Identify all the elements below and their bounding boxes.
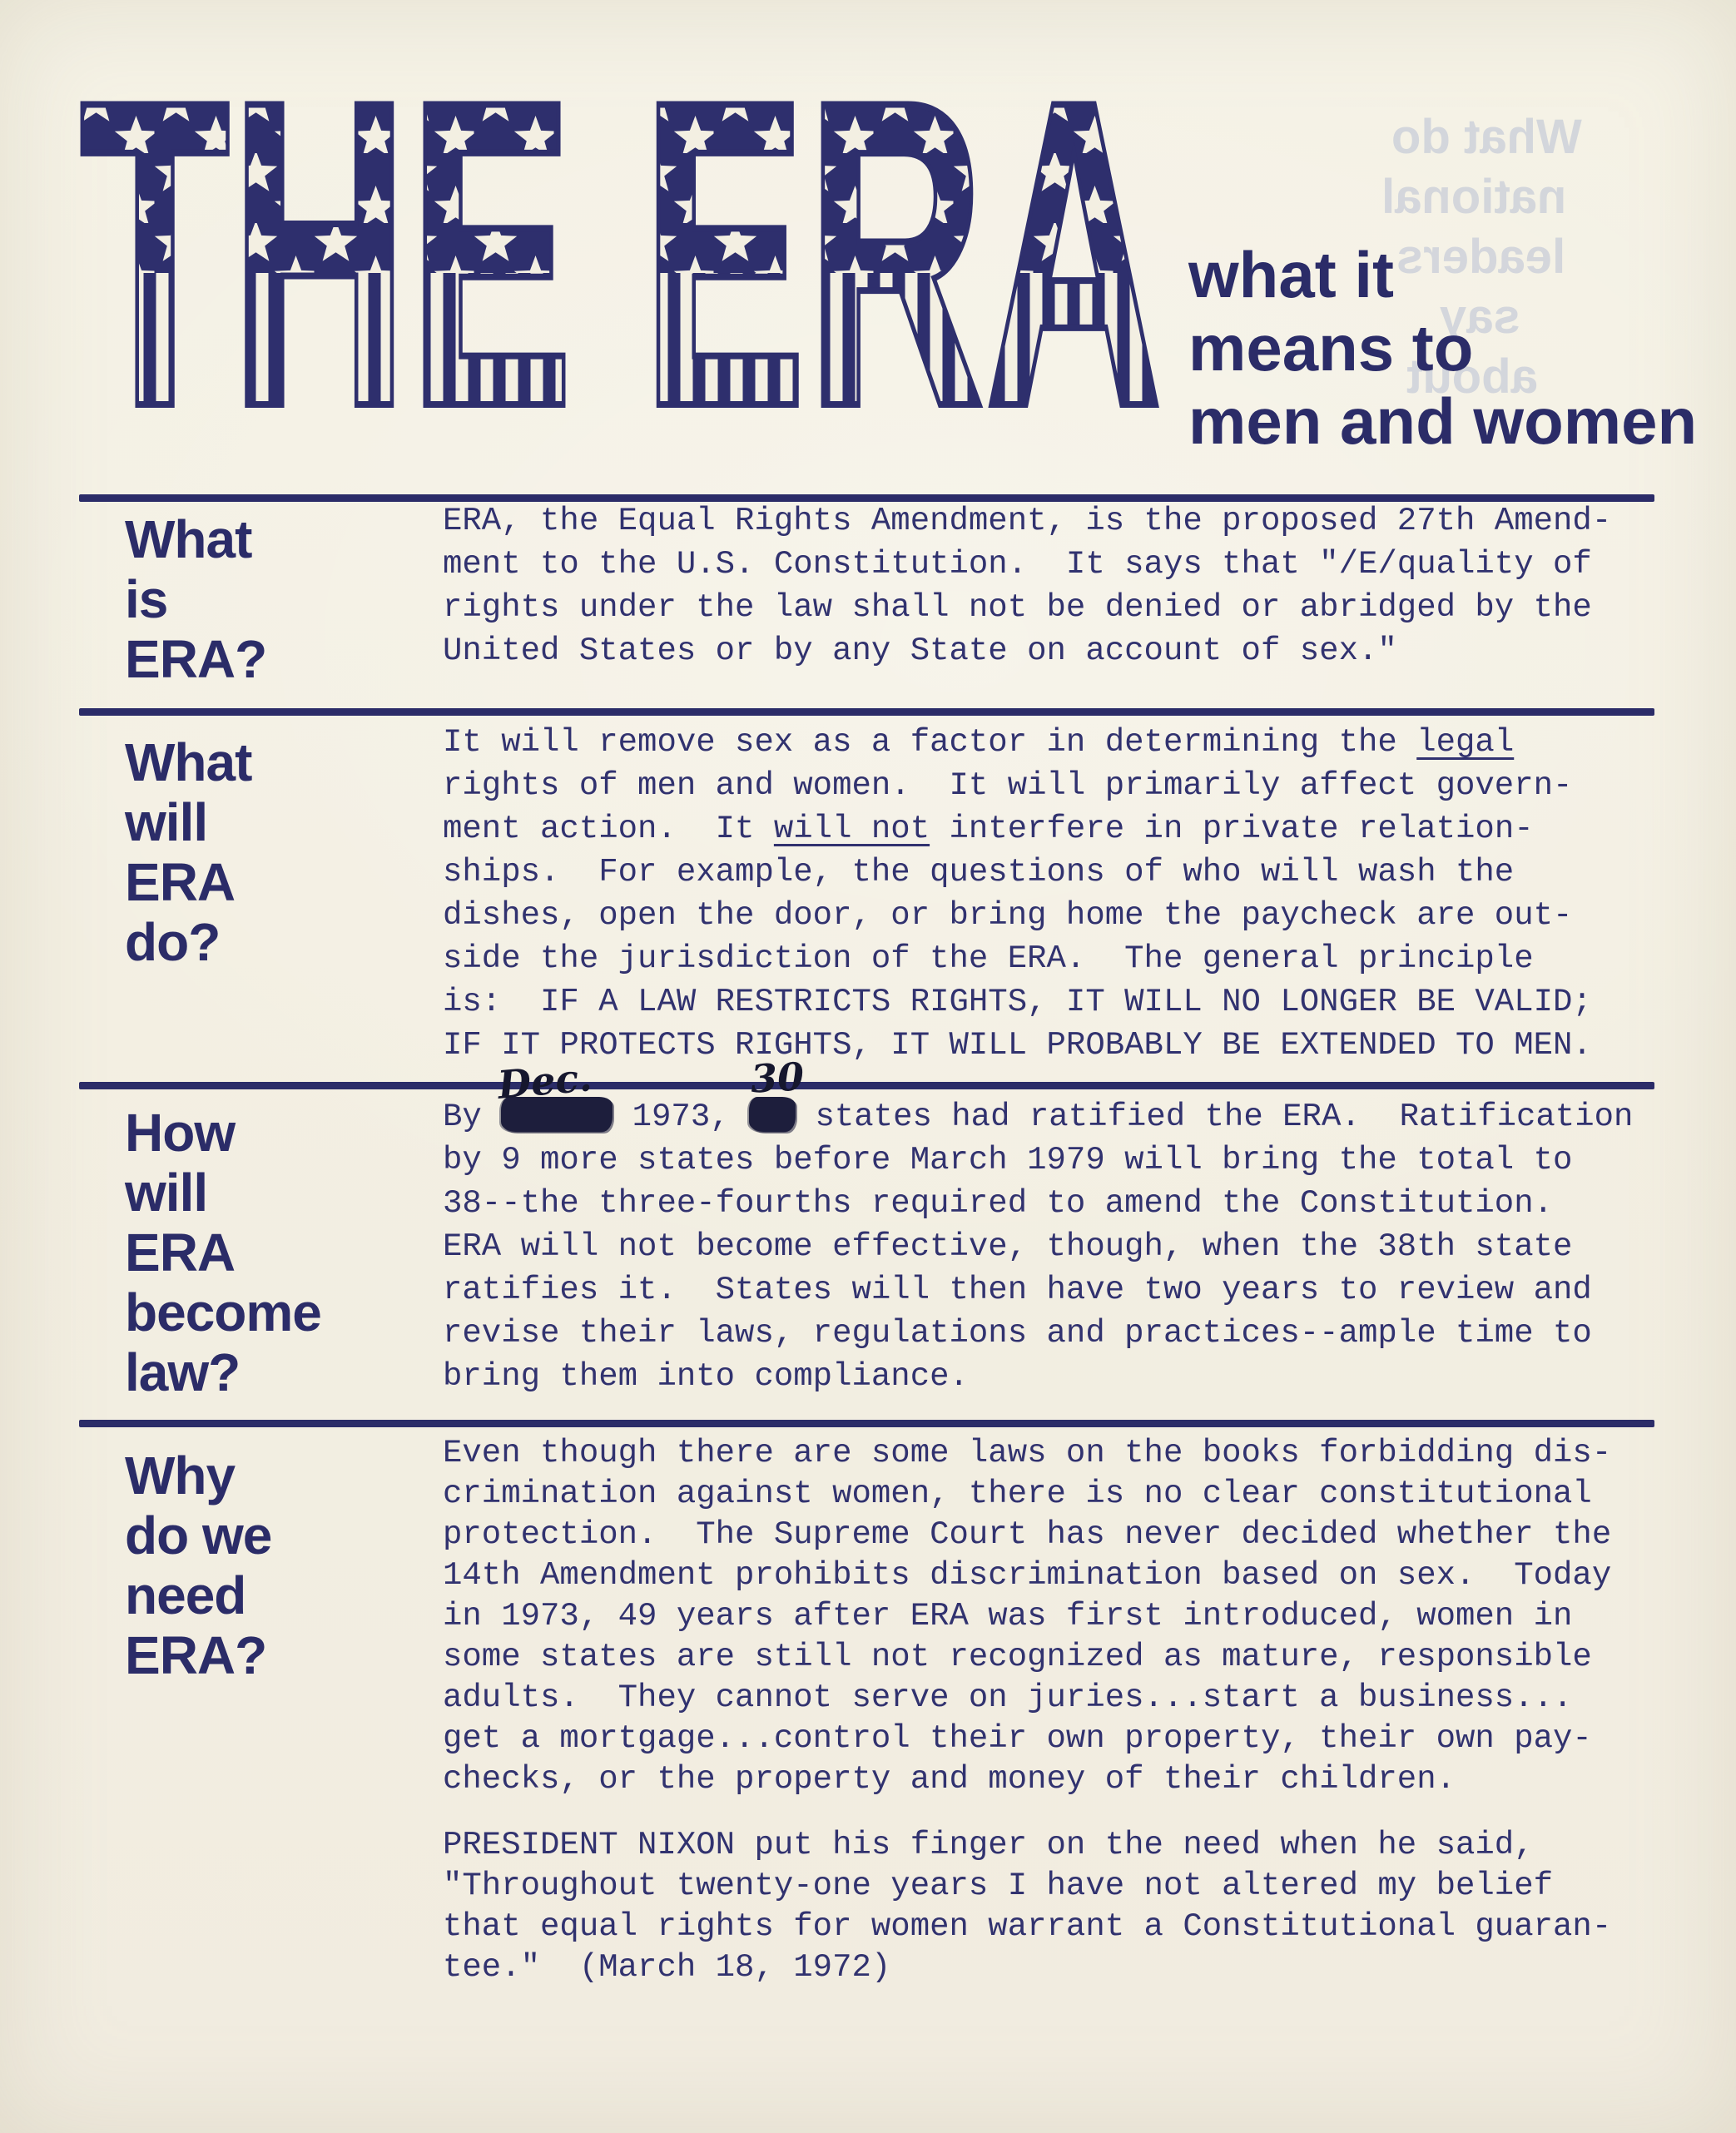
body-line: rights under the law shall not be denied… — [443, 586, 1611, 629]
body-line: ships. For example, the questions of who… — [443, 851, 1592, 894]
section-divider — [79, 708, 1654, 716]
section-body-why-do-we-need-era: Even though there are some laws on the b… — [443, 1433, 1611, 1988]
body-line: ERA will not become effective, though, w… — [443, 1225, 1633, 1268]
body-line: tee." (March 18, 1972) — [443, 1947, 1611, 1988]
paragraph: Even though there are some laws on the b… — [443, 1433, 1611, 1800]
body-text: states had ratified the ERA. Ratificatio… — [796, 1099, 1633, 1135]
ink-blot: 30 — [749, 1097, 796, 1132]
subtitle-line: what it — [1188, 238, 1697, 311]
body-text: interfere in private relation- — [930, 811, 1534, 847]
subtitle-line: men and women — [1188, 384, 1697, 458]
body-line: by 9 more states before March 1979 will … — [443, 1138, 1633, 1182]
heading-line: What — [125, 509, 266, 569]
section-heading-what-is-era: What is ERA? — [125, 509, 266, 689]
heading-line: ERA — [125, 1223, 321, 1282]
body-line: dishes, open the door, or bring home the… — [443, 894, 1592, 937]
heading-line: How — [125, 1103, 321, 1163]
handwritten-correction-number: 30 — [750, 1057, 805, 1098]
subtitle: what it means to men and women — [1188, 238, 1697, 458]
section-body-what-will-era-do: It will remove sex as a factor in determ… — [443, 721, 1592, 1067]
bleed-through-word: national — [1381, 173, 1566, 221]
body-line: ratifies it. States will then have two y… — [443, 1268, 1633, 1312]
body-line: PRESIDENT NIXON put his finger on the ne… — [443, 1825, 1611, 1866]
heading-line: do we — [125, 1506, 271, 1565]
body-line: adults. They cannot serve on juries...st… — [443, 1678, 1611, 1719]
paragraph-nixon-quote: PRESIDENT NIXON put his finger on the ne… — [443, 1825, 1611, 1988]
section-heading-what-will-era-do: What will ERA do? — [125, 732, 251, 972]
body-line: some states are still not recognized as … — [443, 1637, 1611, 1678]
section-body-what-is-era: ERA, the Equal Rights Amendment, is the … — [443, 499, 1611, 672]
heading-line: What — [125, 732, 251, 792]
the-era-flag-title: THE ERA THE ERA — [73, 83, 1170, 411]
body-text: 1973, — [613, 1099, 749, 1135]
subtitle-line: means to — [1188, 311, 1697, 384]
body-line: protection. The Supreme Court has never … — [443, 1515, 1611, 1555]
body-line: 14th Amendment prohibits discrimination … — [443, 1555, 1611, 1596]
section-divider — [79, 1420, 1654, 1427]
heading-line: do? — [125, 912, 251, 972]
body-line: rights of men and women. It will primari… — [443, 764, 1592, 807]
era-pamphlet-page: What do national leaders say about THE E… — [0, 0, 1736, 2133]
body-line: It will remove sex as a factor in determ… — [443, 721, 1592, 764]
body-line: ment action. It will not interfere in pr… — [443, 807, 1592, 851]
body-text: By — [443, 1099, 501, 1135]
heading-line: become — [125, 1282, 321, 1342]
body-line: get a mortgage...control their own prope… — [443, 1719, 1611, 1759]
body-text: It will remove sex as a factor in determ… — [443, 724, 1416, 761]
heading-line: ERA? — [125, 629, 266, 689]
section-body-how-will-era-become-law: By Dec. 1973, 30 states had ratified the… — [443, 1095, 1633, 1398]
body-line: ERA, the Equal Rights Amendment, is the … — [443, 499, 1611, 543]
section-heading-how-will-era-become-law: How will ERA become law? — [125, 1103, 321, 1402]
heading-line: need — [125, 1565, 271, 1625]
heading-line: law? — [125, 1342, 321, 1402]
handwritten-correction-month: Dec. — [496, 1058, 593, 1104]
body-line: revise their laws, regulations and pract… — [443, 1312, 1633, 1355]
body-line: United States or by any State on account… — [443, 629, 1611, 672]
body-line: that equal rights for women warrant a Co… — [443, 1907, 1611, 1947]
body-line: crimination against women, there is no c… — [443, 1474, 1611, 1515]
section-divider — [79, 1082, 1654, 1089]
body-text: ment action. It — [443, 811, 774, 847]
body-line: bring them into compliance. — [443, 1355, 1633, 1398]
body-line: 38--the three-fourths required to amend … — [443, 1182, 1633, 1225]
body-line: Even though there are some laws on the b… — [443, 1433, 1611, 1474]
heading-line: ERA? — [125, 1625, 271, 1685]
body-line: ment to the U.S. Constitution. It says t… — [443, 543, 1611, 586]
body-line: "Throughout twenty-one years I have not … — [443, 1866, 1611, 1907]
ink-blot: Dec. — [501, 1097, 613, 1132]
body-line: checks, or the property and money of the… — [443, 1759, 1611, 1800]
heading-line: is — [125, 569, 266, 629]
body-line-with-corrections: By Dec. 1973, 30 states had ratified the… — [443, 1095, 1633, 1138]
body-line: IF IT PROTECTS RIGHTS, IT WILL PROBABLY … — [443, 1024, 1592, 1067]
underlined-word: legal — [1416, 724, 1514, 761]
heading-line: ERA — [125, 852, 251, 912]
heading-line: will — [125, 1163, 321, 1223]
bleed-through-word: What do — [1391, 113, 1582, 161]
body-line: side the jurisdiction of the ERA. The ge… — [443, 937, 1592, 980]
section-heading-why-do-we-need-era: Why do we need ERA? — [125, 1446, 271, 1685]
underlined-word: will not — [774, 811, 930, 847]
heading-line: Why — [125, 1446, 271, 1506]
body-line: in 1973, 49 years after ERA was first in… — [443, 1596, 1611, 1637]
heading-line: will — [125, 792, 251, 852]
body-line: is: IF A LAW RESTRICTS RIGHTS, IT WILL N… — [443, 980, 1592, 1024]
